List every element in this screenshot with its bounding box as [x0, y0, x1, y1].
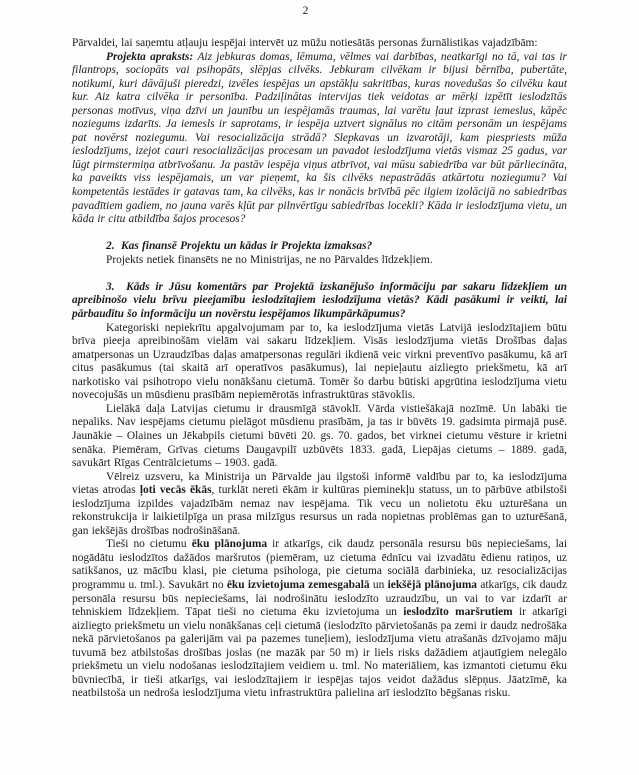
document-body: Pārvaldei, lai saņemtu atļauju iespējai … [72, 37, 567, 701]
text-run: 2. Kas finansē Projektu un kādas ir Proj… [106, 240, 372, 252]
text-run: Lielākā daļa Latvijas cietumu ir drausmī… [72, 403, 567, 469]
text-run: Projekta apraksts: [106, 51, 197, 63]
text-run: Pārvaldei, lai saņemtu atļauju iespējai … [72, 37, 538, 49]
paragraph-spacer [72, 267, 567, 281]
page-number: 2 [0, 5, 611, 18]
text-run: iekšējā plānojuma [388, 579, 477, 591]
paragraph-spacer [72, 227, 567, 241]
text-run: ir atkarīgi aizliegto priekšmetu un viel… [72, 606, 567, 699]
text-run: ļoti vecās ēkās [140, 484, 212, 496]
intro-paragraph: Pārvaldei, lai saņemtu atļauju iespējai … [72, 37, 567, 51]
answer-2-paragraph: Projekts netiek finansēts ne no Ministri… [72, 254, 567, 268]
text-run: ieslodzīto maršrutiem [403, 606, 512, 618]
text-run: Projekts netiek finansēts ne no Ministri… [106, 254, 433, 266]
document-page: 2 Pārvaldei, lai saņemtu atļauju iespēja… [0, 0, 639, 775]
text-run: un [370, 579, 388, 591]
answer-3-paragraph-1: Kategoriski nepiekrītu apgalvojumam par … [72, 322, 567, 403]
text-run: ēku plānojuma [192, 538, 267, 550]
question-3-heading: 3. Kāds ir Jūsu komentārs par Projektā i… [72, 281, 567, 322]
question-2-heading: 2. Kas finansē Projektu un kādas ir Proj… [72, 240, 567, 254]
text-run: Kategoriski nepiekrītu apgalvojumam par … [72, 322, 567, 402]
text-run: ēku izvietojuma zemesgabalā [227, 579, 370, 591]
text-run: 3. Kāds ir Jūsu komentārs par Projektā i… [72, 281, 567, 320]
text-run: Tieši no cietumu [106, 538, 192, 550]
answer-3-paragraph-2: Lielākā daļa Latvijas cietumu ir drausmī… [72, 403, 567, 471]
project-description-paragraph: Projekta apraksts: Aiz jebkuras domas, l… [72, 51, 567, 227]
text-run: Aiz jebkuras domas, lēmuma, vēlmes vai d… [72, 51, 567, 226]
answer-3-paragraph-4: Tieši no cietumu ēku plānojuma ir atkarī… [72, 538, 567, 701]
answer-3-paragraph-3: Vēlreiz uzsveru, ka Ministrija un Pārval… [72, 471, 567, 539]
